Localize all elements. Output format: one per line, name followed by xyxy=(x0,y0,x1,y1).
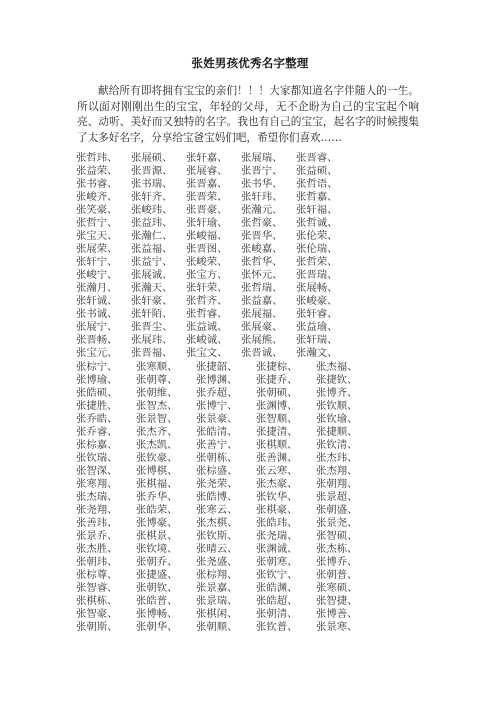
name-entry: 张朝翔、 xyxy=(316,478,376,491)
name-entry: 张哲华、 xyxy=(241,256,296,269)
name-entry: 张尧瑞、 xyxy=(256,530,316,543)
name-entry: 张哲豪、 xyxy=(241,217,296,230)
name-entry: 张峻玮、 xyxy=(131,204,186,217)
name-entry: 张智睿、 xyxy=(76,582,136,595)
name-row: 张峻宁、张展诚、张宝方、张怀元、张晋瑞、 xyxy=(76,269,351,282)
name-entry: 张伦荣、 xyxy=(296,230,351,243)
name-entry: 张捷棕、 xyxy=(256,361,316,374)
name-entry: 张益宁、 xyxy=(131,256,186,269)
name-entry: 张寒云、 xyxy=(196,504,256,517)
document-page: 张姓男孩优秀名字整理 献给所有即将拥有宝宝的亲们！！！大家都知道名字伴随人的一生… xyxy=(0,0,500,707)
name-entry: 张尧翔、 xyxy=(76,504,136,517)
name-entry: 张轩睿、 xyxy=(296,308,351,321)
name-entry: 张峻福、 xyxy=(186,230,241,243)
name-row: 张杰胜、张钦境、张晴云、张渊诚、张杰栋、 xyxy=(76,543,376,556)
name-row: 张尧翔、张皓荣、张寒云、张棋豪、张朝盛、 xyxy=(76,504,376,517)
name-row: 张智深、张博棋、张棕盛、张云寒、张杰翔、 xyxy=(76,465,376,478)
name-entry: 张晋瑞、 xyxy=(296,269,351,282)
name-entry: 张钦顺、 xyxy=(316,400,376,413)
name-entry: 张博宁、 xyxy=(196,400,256,413)
name-entry: 张益嘉、 xyxy=(241,295,296,308)
name-entry: 张棕翔、 xyxy=(196,569,256,582)
name-entry: 张皓荣、 xyxy=(136,504,196,517)
name-entry: 张钦普、 xyxy=(256,621,316,634)
name-entry: 张皓超、 xyxy=(256,595,316,608)
name-entry: 张乔皓、 xyxy=(76,413,136,426)
name-row: 张轩宁、张益宁、张峻荣、张哲华、张哲荣、 xyxy=(76,256,351,269)
name-entry: 张展荣、 xyxy=(76,243,131,256)
name-entry: 张瀚文、 xyxy=(296,347,351,360)
name-row: 张峻齐、张轩齐、张晋荣、张轩玮、张哲嘉、 xyxy=(76,191,351,204)
name-entry: 张轩玮、 xyxy=(241,191,296,204)
name-entry: 张钦瑜、 xyxy=(316,413,376,426)
name-entry: 张展玮、 xyxy=(131,334,186,347)
name-row: 张书诚、张轩陌、张哲睿、张展福、张轩睿、 xyxy=(76,308,351,321)
name-entry: 张哲宁、 xyxy=(76,217,131,230)
name-row: 张钦瑞、张钦豪、张朝栋、张善渊、张杰玮、 xyxy=(76,452,376,465)
name-entry: 张晋福、 xyxy=(131,347,186,360)
name-row: 张朝玮、张朝乔、张尧盛、张朝寒、张博乔、 xyxy=(76,556,376,569)
name-row: 张朝斯、张朝华、张朝顺、张钦普、张景寒、 xyxy=(76,621,376,634)
name-entry: 张瀚天、 xyxy=(131,282,186,295)
name-entry: 张棋栋、 xyxy=(76,595,136,608)
name-entry: 张展硕、 xyxy=(131,152,186,165)
name-entry: 张博瑜、 xyxy=(76,374,136,387)
name-row: 张晋畅、张展玮、张峻诚、张展熊、张轩瑞、 xyxy=(76,334,351,347)
name-entry: 张书睿、 xyxy=(76,178,131,191)
name-entry: 张朝寒、 xyxy=(256,556,316,569)
name-entry: 张善玮、 xyxy=(76,517,136,530)
name-entry: 张钦宁、 xyxy=(256,569,316,582)
name-entry: 张晋华、 xyxy=(241,230,296,243)
name-row: 张棕尊、张捷盛、张棕翔、张钦宁、张朝普、 xyxy=(76,569,376,582)
name-entry: 张博豪、 xyxy=(136,517,196,530)
name-entry: 张晋豪、 xyxy=(186,204,241,217)
name-entry: 张朝清、 xyxy=(256,608,316,621)
name-entry: 张朝华、 xyxy=(136,621,196,634)
name-entry: 张书诚、 xyxy=(76,308,131,321)
name-entry: 张景瑞、 xyxy=(196,595,256,608)
name-entry: 张瀚月、 xyxy=(76,282,131,295)
name-entry: 张云寒、 xyxy=(256,465,316,478)
name-entry: 张哲齐、 xyxy=(186,295,241,308)
name-entry: 张博善、 xyxy=(316,608,376,621)
name-row: 张轩诚、张轩豪、张哲齐、张益嘉、张峻豪、 xyxy=(76,295,351,308)
name-list-section-a: 张哲玮、张展硕、张轩嘉、张展瑞、张晋睿、张益荣、张晋源、张展睿、张晋宁、张益硕、… xyxy=(76,152,351,360)
name-entry: 张峻嘉、 xyxy=(241,243,296,256)
name-entry: 张宝元、 xyxy=(76,347,131,360)
name-entry: 张晋宁、 xyxy=(241,165,296,178)
name-entry: 张伦瑞、 xyxy=(296,243,351,256)
name-row: 张博瑜、张朝尊、张博渊、张捷乔、张捷钦、 xyxy=(76,374,376,387)
name-row: 张景乔、张棋景、张钦斯、张尧瑞、张智硕、 xyxy=(76,530,376,543)
name-entry: 张钦清、 xyxy=(316,439,376,452)
name-entry: 张善渊、 xyxy=(256,452,316,465)
name-entry: 张展福、 xyxy=(241,308,296,321)
name-entry: 张杰翔、 xyxy=(316,465,376,478)
name-entry: 张笑豪、 xyxy=(76,204,131,217)
name-entry: 张杰玮、 xyxy=(316,452,376,465)
name-entry: 张朝普、 xyxy=(316,569,376,582)
name-entry: 张智豪、 xyxy=(76,608,136,621)
name-entry: 张轩瑞、 xyxy=(296,334,351,347)
name-entry: 张轩福、 xyxy=(296,204,351,217)
name-entry: 张宝天、 xyxy=(76,230,131,243)
name-entry: 张杰棋、 xyxy=(196,517,256,530)
name-entry: 张益诚、 xyxy=(186,321,241,334)
name-entry: 张朝栋、 xyxy=(196,452,256,465)
name-entry: 张轩宁、 xyxy=(76,256,131,269)
name-entry: 张智深、 xyxy=(76,465,136,478)
document-title: 张姓男孩优秀名字整理 xyxy=(0,55,500,71)
name-entry: 张寒硕、 xyxy=(316,582,376,595)
name-entry: 张寒顺、 xyxy=(136,361,196,374)
name-entry: 张棕嘉、 xyxy=(76,439,136,452)
name-row: 张智睿、张朝钦、张景嘉、张皓渊、张寒硕、 xyxy=(76,582,376,595)
name-entry: 张钦华、 xyxy=(256,491,316,504)
name-entry: 张捷盛、 xyxy=(136,569,196,582)
name-row: 张益荣、张晋源、张展睿、张晋宁、张益硕、 xyxy=(76,165,351,178)
name-entry: 张捷韶、 xyxy=(196,361,256,374)
name-entry: 张展睿、 xyxy=(186,165,241,178)
name-entry: 张书瑞、 xyxy=(131,178,186,191)
name-entry: 张棋景、 xyxy=(136,530,196,543)
name-entry: 张景寒、 xyxy=(316,621,376,634)
name-row: 张展宁、张晋尘、张益诚、张展豪、张益瑜、 xyxy=(76,321,351,334)
name-entry: 张棋豪、 xyxy=(256,504,316,517)
name-entry: 张景豪、 xyxy=(196,413,256,426)
name-entry: 张书华、 xyxy=(241,178,296,191)
name-entry: 张博畅、 xyxy=(136,608,196,621)
name-row: 张善玮、张博豪、张杰棋、张皓玮、张景尧、 xyxy=(76,517,376,530)
name-row: 张哲宁、张益玮、张轩瑜、张哲豪、张哲诚、 xyxy=(76,217,351,230)
name-entry: 张景尧、 xyxy=(316,517,376,530)
name-entry: 张景嘉、 xyxy=(196,582,256,595)
name-row: 张瀚月、张瀚天、张轩荣、张哲瑞、张展畅、 xyxy=(76,282,351,295)
name-entry: 张棋顺、 xyxy=(256,439,316,452)
name-entry: 张哲睿、 xyxy=(186,308,241,321)
name-entry: 张晋嘉、 xyxy=(186,178,241,191)
name-entry: 张乔华、 xyxy=(136,491,196,504)
name-entry: 张皓渊、 xyxy=(256,582,316,595)
name-entry: 张智硕、 xyxy=(316,530,376,543)
name-entry: 张博渊、 xyxy=(196,374,256,387)
name-entry: 张杰豪、 xyxy=(256,478,316,491)
name-entry: 张宝方、 xyxy=(186,269,241,282)
name-entry: 张轩瑜、 xyxy=(186,217,241,230)
name-entry: 张棋福、 xyxy=(136,478,196,491)
name-entry: 张轩陌、 xyxy=(131,308,186,321)
name-entry: 张哲诚、 xyxy=(296,217,351,230)
name-row: 张乔皓、张景智、张景豪、张智顺、张钦瑜、 xyxy=(76,413,376,426)
name-row: 张笑豪、张峻玮、张晋豪、张瀚元、张轩福、 xyxy=(76,204,351,217)
name-entry: 张哲嘉、 xyxy=(296,191,351,204)
name-entry: 张晋睿、 xyxy=(296,152,351,165)
name-entry: 张捷清、 xyxy=(256,426,316,439)
name-entry: 张怀元、 xyxy=(241,269,296,282)
name-entry: 张晋图、 xyxy=(186,243,241,256)
name-row: 张棕嘉、张杰凯、张善宁、张棋顺、张钦清、 xyxy=(76,439,376,452)
name-row: 张智豪、张博畅、张棋闲、张朝清、张博善、 xyxy=(76,608,376,621)
name-entry: 张轩齐、 xyxy=(131,191,186,204)
name-entry: 张哲瑞、 xyxy=(241,282,296,295)
name-entry: 张钦瑞、 xyxy=(76,452,136,465)
name-entry: 张展畅、 xyxy=(296,282,351,295)
name-entry: 张峻宁、 xyxy=(76,269,131,282)
name-entry: 张晋源、 xyxy=(131,165,186,178)
name-entry: 张杰瑞、 xyxy=(76,491,136,504)
name-entry: 张皓硕、 xyxy=(76,387,136,400)
name-entry: 张钦斯、 xyxy=(196,530,256,543)
name-entry: 张益荣、 xyxy=(76,165,131,178)
name-entry: 张博乔、 xyxy=(316,556,376,569)
name-entry: 张哲玮、 xyxy=(76,152,131,165)
name-entry: 张捷胜、 xyxy=(76,400,136,413)
name-entry: 张乔超、 xyxy=(196,387,256,400)
name-entry: 张杰凯、 xyxy=(136,439,196,452)
name-entry: 张朝玮、 xyxy=(76,556,136,569)
name-entry: 张尧盛、 xyxy=(196,556,256,569)
name-entry: 张皓玮、 xyxy=(256,517,316,530)
name-entry: 张钦境、 xyxy=(136,543,196,556)
name-entry: 张益瑜、 xyxy=(296,321,351,334)
name-entry: 张哲荣、 xyxy=(296,256,351,269)
name-entry: 张朝斯、 xyxy=(76,621,136,634)
name-entry: 张景乔、 xyxy=(76,530,136,543)
name-entry: 张朝盛、 xyxy=(316,504,376,517)
name-entry: 张展熊、 xyxy=(241,334,296,347)
name-entry: 张乔睿、 xyxy=(76,426,136,439)
name-entry: 张展豪、 xyxy=(241,321,296,334)
name-entry: 张峻荣、 xyxy=(186,256,241,269)
name-entry: 张棕盛、 xyxy=(196,465,256,478)
name-entry: 张捷顺、 xyxy=(316,426,376,439)
name-entry: 张杰齐、 xyxy=(136,426,196,439)
name-entry: 张晴云、 xyxy=(196,543,256,556)
name-entry: 张善宁、 xyxy=(196,439,256,452)
name-row: 张棋栋、张皓普、张景瑞、张皓超、张智捷、 xyxy=(76,595,376,608)
name-row: 张棕宁、张寒顺、张捷韶、张捷棕、张杰福、 xyxy=(76,361,376,374)
name-entry: 张捷钦、 xyxy=(316,374,376,387)
name-entry: 张轩诚、 xyxy=(76,295,131,308)
name-entry: 张尧荣、 xyxy=(196,478,256,491)
name-entry: 张皓博、 xyxy=(196,491,256,504)
name-entry: 张展宁、 xyxy=(76,321,131,334)
name-entry: 张峻齐、 xyxy=(76,191,131,204)
name-list-section-b: 张棕宁、张寒顺、张捷韶、张捷棕、张杰福、张博瑜、张朝尊、张博渊、张捷乔、张捷钦、… xyxy=(76,361,376,634)
name-row: 张展荣、张益福、张晋图、张峻嘉、张伦瑞、 xyxy=(76,243,351,256)
name-entry: 张智杰、 xyxy=(136,400,196,413)
name-entry: 张晋尘、 xyxy=(131,321,186,334)
name-entry: 张渊博、 xyxy=(256,400,316,413)
name-row: 张宝天、张瀚仁、张峻福、张晋华、张伦荣、 xyxy=(76,230,351,243)
name-entry: 张峻豪、 xyxy=(296,295,351,308)
name-row: 张乔睿、张杰齐、张皓清、张捷清、张捷顺、 xyxy=(76,426,376,439)
name-row: 张哲玮、张展硕、张轩嘉、张展瑞、张晋睿、 xyxy=(76,152,351,165)
name-row: 张杰瑞、张乔华、张皓博、张钦华、张景超、 xyxy=(76,491,376,504)
name-entry: 张杰胜、 xyxy=(76,543,136,556)
name-entry: 张景智、 xyxy=(136,413,196,426)
name-entry: 张轩嘉、 xyxy=(186,152,241,165)
name-entry: 张钦豪、 xyxy=(136,452,196,465)
name-entry: 张晋诚、 xyxy=(241,347,296,360)
name-entry: 张朝硕、 xyxy=(256,387,316,400)
name-entry: 张智顺、 xyxy=(256,413,316,426)
name-entry: 张哲语、 xyxy=(296,178,351,191)
name-entry: 张寒翔、 xyxy=(76,478,136,491)
name-entry: 张棋闲、 xyxy=(196,608,256,621)
name-row: 张皓硕、张朝维、张乔超、张朝硕、张博齐、 xyxy=(76,387,376,400)
name-entry: 张景超、 xyxy=(316,491,376,504)
name-entry: 张晋畅、 xyxy=(76,334,131,347)
name-entry: 张朝维、 xyxy=(136,387,196,400)
name-entry: 张棕尊、 xyxy=(76,569,136,582)
name-entry: 张棕宁、 xyxy=(76,361,136,374)
name-row: 张书睿、张书瑞、张晋嘉、张书华、张哲语、 xyxy=(76,178,351,191)
name-entry: 张博齐、 xyxy=(316,387,376,400)
name-entry: 张皓清、 xyxy=(196,426,256,439)
name-entry: 张博棋、 xyxy=(136,465,196,478)
name-entry: 张朝钦、 xyxy=(136,582,196,595)
name-entry: 张峻诚、 xyxy=(186,334,241,347)
name-entry: 张渊诚、 xyxy=(256,543,316,556)
intro-paragraph: 献给所有即将拥有宝宝的亲们！！！大家都知道名字伴随人的一生。所以面对刚刚出生的宝… xyxy=(77,84,419,146)
name-entry: 张轩荣、 xyxy=(186,282,241,295)
name-entry: 张宝文、 xyxy=(186,347,241,360)
name-row: 张寒翔、张棋福、张尧荣、张杰豪、张朝翔、 xyxy=(76,478,376,491)
name-entry: 张展诚、 xyxy=(131,269,186,282)
name-entry: 张杰栋、 xyxy=(316,543,376,556)
name-entry: 张捷乔、 xyxy=(256,374,316,387)
name-entry: 张益硕、 xyxy=(296,165,351,178)
name-entry: 张智捷、 xyxy=(316,595,376,608)
name-entry: 张益福、 xyxy=(131,243,186,256)
name-entry: 张瀚仁、 xyxy=(131,230,186,243)
name-entry: 张轩豪、 xyxy=(131,295,186,308)
name-entry: 张皓普、 xyxy=(136,595,196,608)
name-entry: 张展瑞、 xyxy=(241,152,296,165)
name-entry: 张益玮、 xyxy=(131,217,186,230)
name-entry: 张朝乔、 xyxy=(136,556,196,569)
name-entry: 张瀚元、 xyxy=(241,204,296,217)
name-row: 张宝元、张晋福、张宝文、张晋诚、张瀚文、 xyxy=(76,347,351,360)
name-entry: 张杰福、 xyxy=(316,361,376,374)
name-entry: 张朝尊、 xyxy=(136,374,196,387)
name-row: 张捷胜、张智杰、张博宁、张渊博、张钦顺、 xyxy=(76,400,376,413)
name-entry: 张晋荣、 xyxy=(186,191,241,204)
name-entry: 张朝顺、 xyxy=(196,621,256,634)
